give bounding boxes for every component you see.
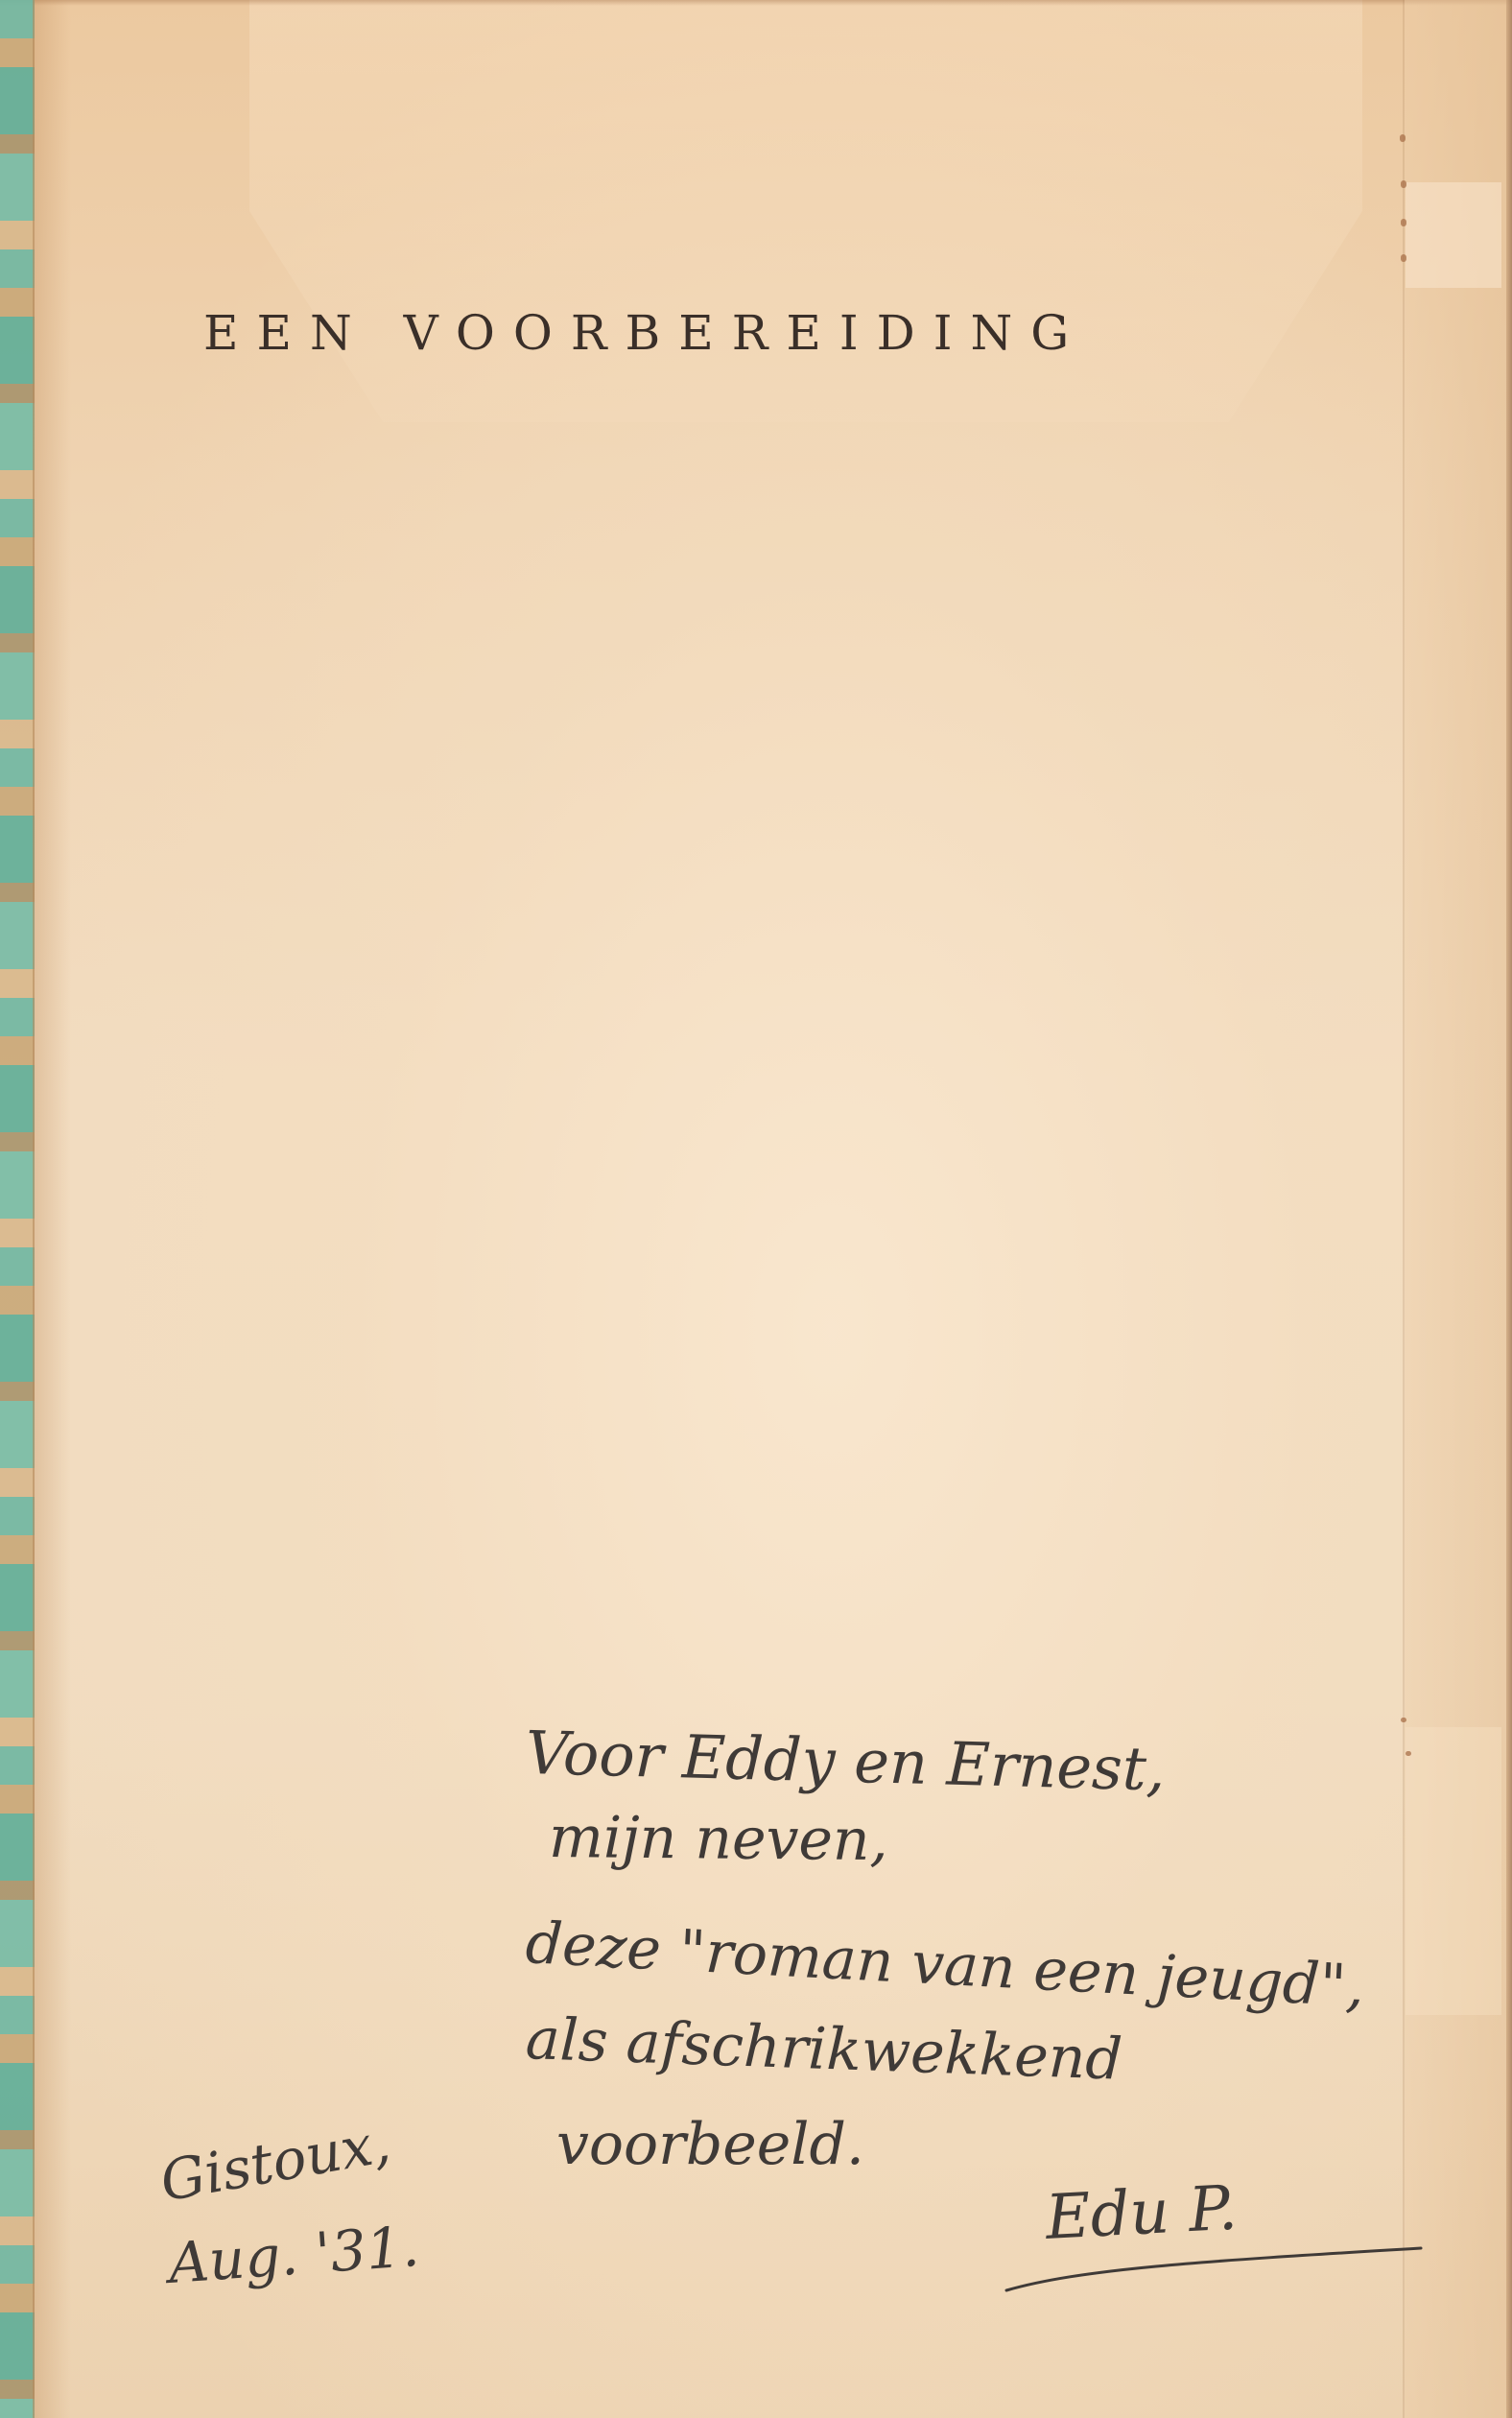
right-margin-panel <box>1405 0 1512 2418</box>
green-spine-edge <box>0 0 35 2418</box>
foxing-spot <box>1401 219 1406 226</box>
inscription-line-5: voorbeeld. <box>556 2111 864 2178</box>
spine-shadow <box>33 0 71 2418</box>
light-patch <box>1406 1727 1501 2015</box>
foxing-spot <box>1401 1718 1406 1722</box>
book-page: EEN VOORBEREIDING Voor Eddy en Ernest, m… <box>0 0 1512 2418</box>
right-fold-line <box>1403 0 1405 2418</box>
foxing-spot <box>1401 180 1406 188</box>
inscription-line-1: Voor Eddy en Ernest, <box>525 1718 1166 1804</box>
inscription-place: Gistoux, <box>155 2110 395 2215</box>
foxing-spot <box>1406 1751 1411 1756</box>
inscription-line-2: mijn neven, <box>549 1804 888 1874</box>
inscription-line-4: als afschrikwekkend <box>525 2005 1123 2094</box>
right-page-edge <box>1506 0 1512 2418</box>
foxing-spot <box>1400 134 1406 142</box>
light-patch <box>1406 182 1501 288</box>
printed-title: EEN VOORBEREIDING <box>203 305 1297 361</box>
inscription-date: Aug. '31. <box>167 2214 422 2296</box>
signature-underline <box>1003 2240 1425 2298</box>
inscription-line-3: deze "roman van een jeugd", <box>524 1909 1366 2021</box>
foxing-spot <box>1401 254 1406 262</box>
top-page-edge <box>0 0 1512 6</box>
